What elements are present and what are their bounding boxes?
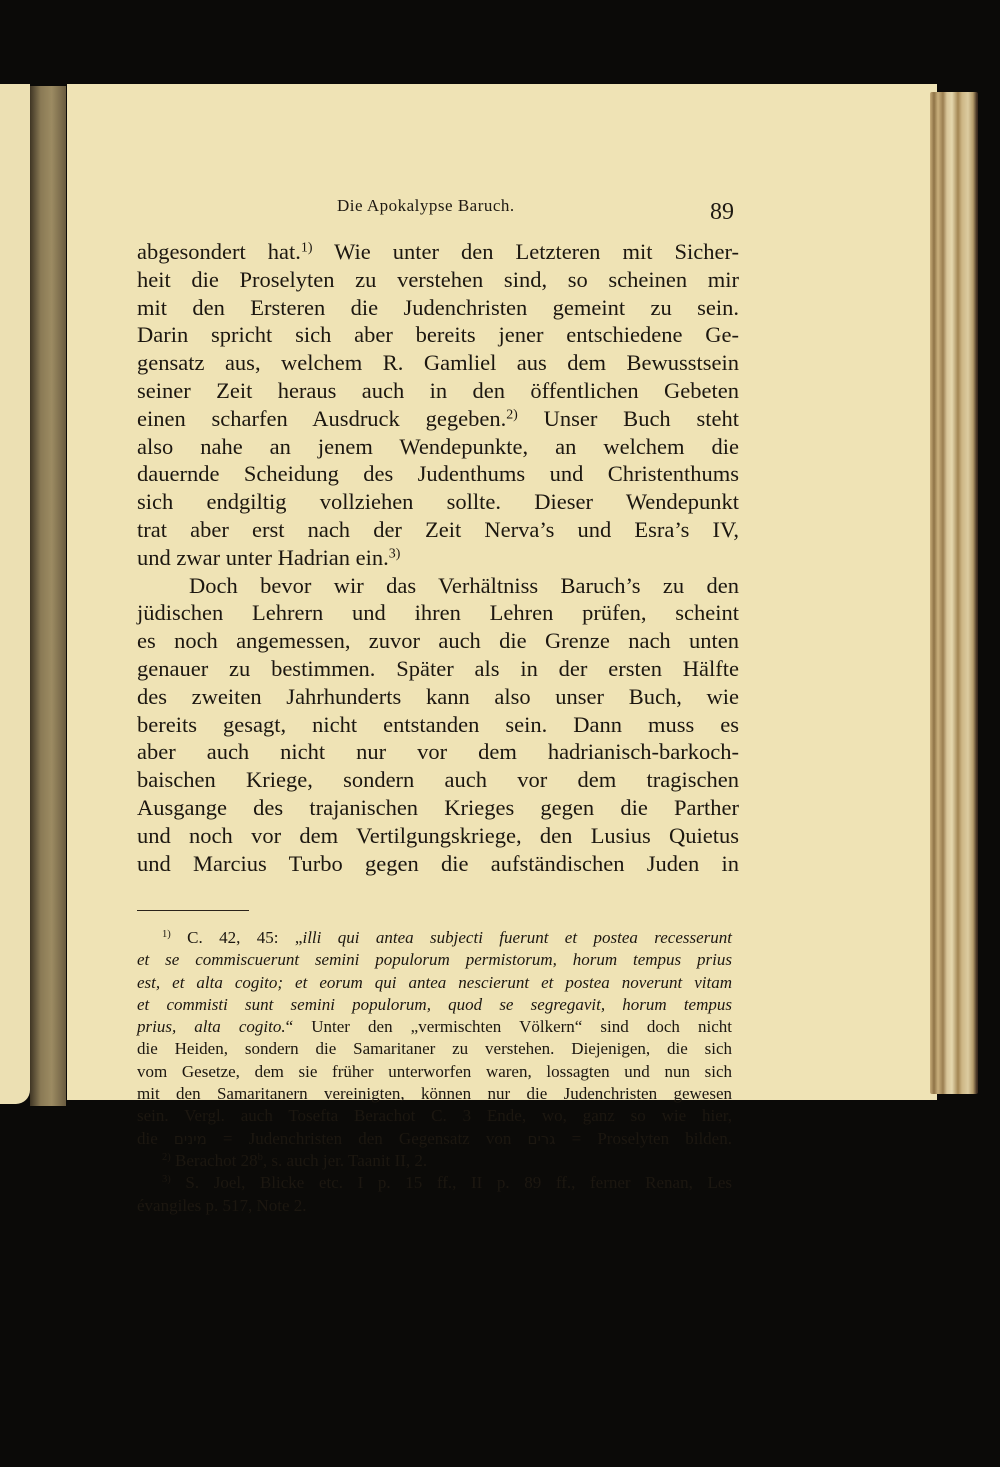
text-line: abgesondert hat.1) Wie unter den Letzter… [137,238,739,266]
footnote-line: die מינים = Judenchristen den Gegensatz … [137,1128,732,1150]
text-line: genauer zu bestimmen. Später als in der … [137,655,739,683]
footnote-2: 2) Berachot 28b, s. auch jer. Taanit II,… [137,1150,732,1172]
hebrew-word-gerim: גרים [528,1130,556,1148]
text-line: seiner Zeit heraus auch in den öffentlic… [137,377,739,405]
footnote-line: est, et alta cogito; et eorum qui antea … [137,972,732,994]
text-line: mit den Ersteren die Judenchristen gemei… [137,294,739,322]
text-line: des zweiten Jahrhunderts kann also unser… [137,683,739,711]
footnote-line: die Heiden, sondern die Samaritaner zu v… [137,1038,732,1060]
footnotes: 1) C. 42, 45: „illi qui antea subjecti f… [137,927,732,1217]
text-line: es noch angemessen, zuvor auch die Grenz… [137,627,739,655]
text-line: trat aber erst nach der Zeit Nerva’s und… [137,516,739,544]
footnote-separator [137,910,249,911]
running-title: Die Apokalypse Baruch. [337,196,515,216]
footnote-line: et se commiscuerunt semini populorum per… [137,949,732,971]
page-header: Die Apokalypse Baruch. 89 [0,196,1000,226]
text-line: heit die Proselyten zu verstehen sind, s… [137,266,739,294]
text-line: Doch bevor wir das Verhältniss Baruch’s … [137,572,739,600]
footnote-ref-1: 1) [301,240,313,255]
text-line: und noch vor dem Vertilgungskriege, den … [137,822,739,850]
footnote-line: évangiles p. 517, Note 2. [137,1195,732,1217]
footnote-line: prius, alta cogito.“ Unter den „vermisch… [137,1016,732,1038]
footnote-line: 1) C. 42, 45: „illi qui antea subjecti f… [137,927,732,949]
text-line: baischen Kriege, sondern auch vor dem tr… [137,766,739,794]
main-text: abgesondert hat.1) Wie unter den Letzter… [137,238,739,877]
footnote-line: 2) Berachot 28b, s. auch jer. Taanit II,… [137,1150,732,1172]
footnote-1: 1) C. 42, 45: „illi qui antea subjecti f… [137,927,732,1150]
text-line: Ausgange des trajanischen Krieges gegen … [137,794,739,822]
text-line: aber auch nicht nur vor dem hadrianisch-… [137,738,739,766]
footnote-line: vom Gesetze, dem sie früher unterworfen … [137,1061,732,1083]
page-stack-edges [930,92,978,1094]
footnote-3: 3) S. Joel, Blicke etc. I p. 15 ff., II … [137,1172,732,1217]
footnote-ref-2: 2) [506,407,518,422]
footnote-line: et commisti sunt semini populorum, quod … [137,994,732,1016]
text-line: also nahe an jenem Wendepunkte, an welch… [137,433,739,461]
hebrew-word-minim: מינים [174,1130,207,1148]
text-line: jüdischen Lehrern und ihren Lehren prüfe… [137,599,739,627]
text-line: dauernde Scheidung des Judenthums und Ch… [137,460,739,488]
text-line: und zwar unter Hadrian ein.3) [137,544,739,572]
text-line: und Marcius Turbo gegen die aufständisch… [137,850,739,878]
footnote-line: 3) S. Joel, Blicke etc. I p. 15 ff., II … [137,1172,732,1194]
previous-page-edge [0,84,30,1104]
footnote-ref-3: 3) [389,546,401,561]
footnote-line: mit den Samaritanern vereinigten, können… [137,1083,732,1105]
page-number: 89 [710,199,734,226]
text-line: gensatz aus, welchem R. Gamliel aus dem … [137,349,739,377]
book-gutter [30,86,66,1106]
text-line: sich endgiltig vollziehen sollte. Dieser… [137,488,739,516]
text-line: einen scharfen Ausdruck gegeben.2) Unser… [137,405,739,433]
text-line: Darin spricht sich aber bereits jener en… [137,321,739,349]
text-line: bereits gesagt, nicht entstanden sein. D… [137,711,739,739]
footnote-line: sein. Vergl. auch Tosefta Berachot C. 3 … [137,1105,732,1127]
